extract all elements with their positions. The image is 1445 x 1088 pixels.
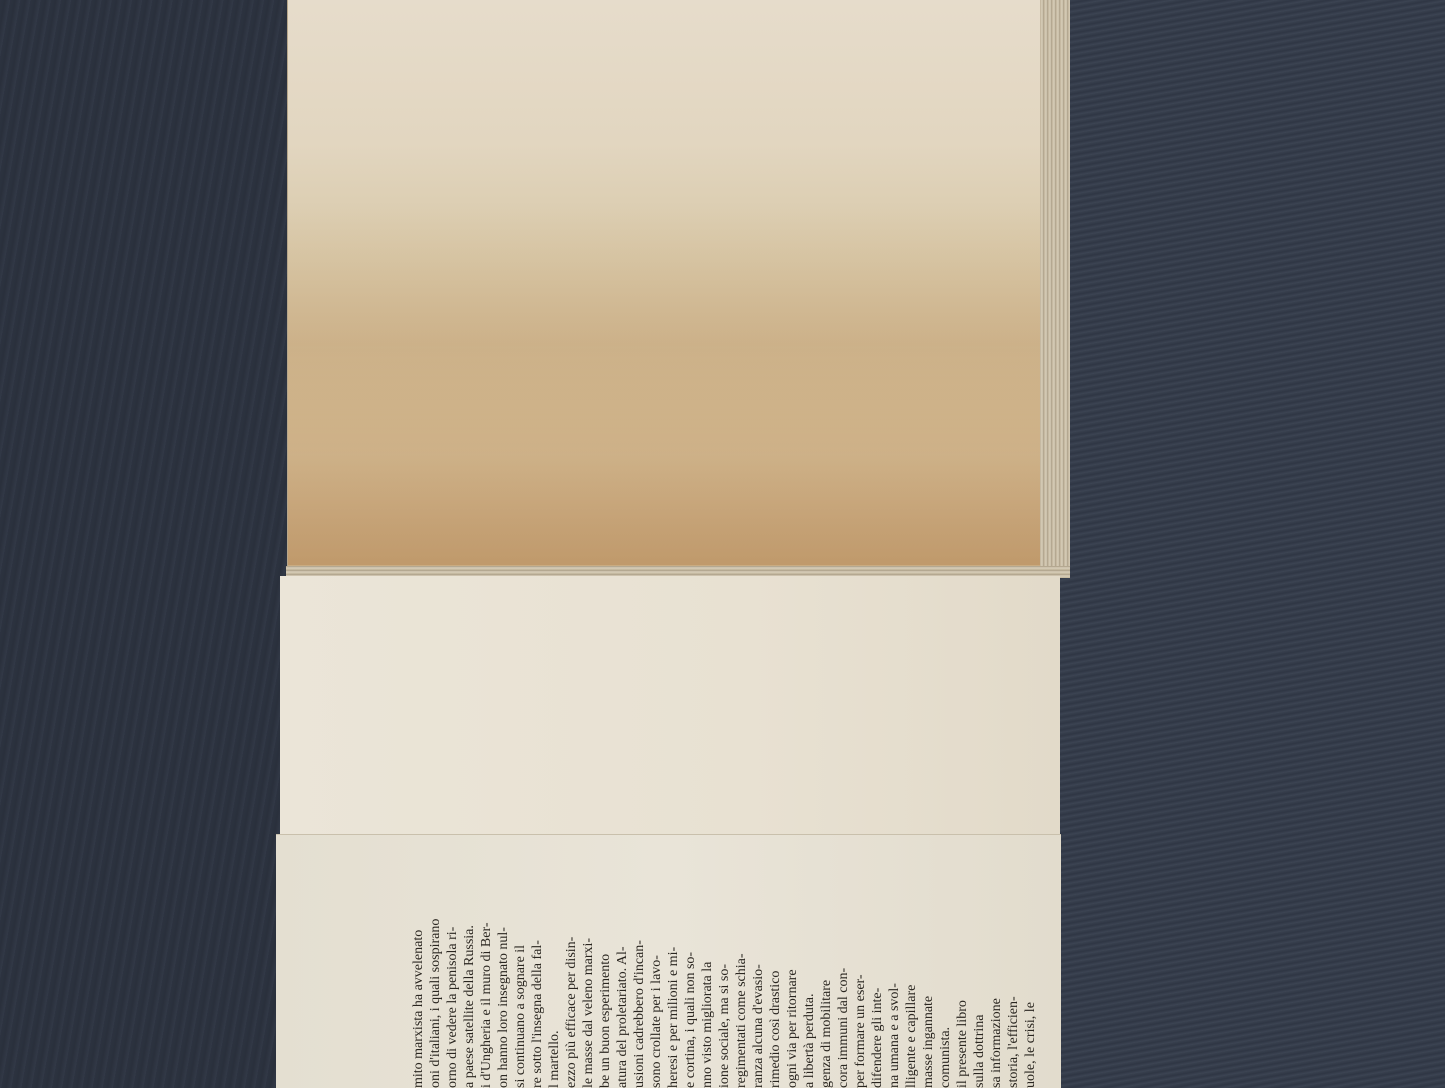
text-line: a paese satellite della Russia. bbox=[461, 868, 478, 1088]
text-line: comunista. bbox=[937, 868, 954, 1088]
text-line: na umana e a svol- bbox=[886, 868, 903, 1088]
text-line: il presente libro bbox=[954, 868, 971, 1088]
text-line: i d'Ungheria e il muro di Ber- bbox=[478, 868, 495, 1088]
text-line: mito marxista ha avvelenato bbox=[410, 868, 427, 1088]
dark-mat bbox=[0, 0, 300, 1088]
text-line: sulla dottrina bbox=[971, 868, 988, 1088]
text-line: ogni via per ritornare bbox=[784, 868, 801, 1088]
text-line: per formare un eser- bbox=[852, 868, 869, 1088]
text-line: sono crollate per i lavo- bbox=[648, 868, 665, 1088]
text-line: oni d'italiani, i quali sospirano bbox=[427, 868, 444, 1088]
text-line: ione sociale, ma si so- bbox=[716, 868, 733, 1088]
text-line: rimedio così drastico bbox=[767, 868, 784, 1088]
text-line: be un buon esperimento bbox=[597, 868, 614, 1088]
text-line: sa informazione bbox=[988, 868, 1005, 1088]
text-line: orno di vedere la penisola ri- bbox=[444, 868, 461, 1088]
text-line: lligente e capillare bbox=[903, 868, 920, 1088]
blank-page bbox=[280, 576, 1060, 838]
text-line: nno visto migliorata la bbox=[699, 868, 716, 1088]
page-stain bbox=[288, 205, 1048, 565]
text-line: genza di mobilitare bbox=[818, 868, 835, 1088]
text-line: a libertà perduta. bbox=[801, 868, 818, 1088]
text-line: heresi e per milioni e mi- bbox=[665, 868, 682, 1088]
text-line: storia, l'efficien- bbox=[1005, 868, 1022, 1088]
text-line: re sotto l'insegna della fal- bbox=[529, 868, 546, 1088]
text-line: masse ingannate bbox=[920, 868, 937, 1088]
photo-scene: mito marxista ha avvelenatooni d'italian… bbox=[0, 0, 1445, 1088]
text-line: ranza alcuna d'evasio- bbox=[750, 868, 767, 1088]
text-line: usioni cadrebbero d'incan- bbox=[631, 868, 648, 1088]
page-edges bbox=[1040, 0, 1070, 578]
text-line: uole, le crisi, le bbox=[1022, 868, 1039, 1088]
text-line: le masse dal veleno marxi- bbox=[580, 868, 597, 1088]
printed-text-column: mito marxista ha avvelenatooni d'italian… bbox=[410, 868, 1039, 1088]
text-line: e cortina, i quali non so- bbox=[682, 868, 699, 1088]
text-line: cora immuni dal con- bbox=[835, 868, 852, 1088]
text-line: difendere gli inte- bbox=[869, 868, 886, 1088]
text-line: atura del proletariato. Al- bbox=[614, 868, 631, 1088]
text-line: l martello. bbox=[546, 868, 563, 1088]
text-line: si continuano a sognare il bbox=[512, 868, 529, 1088]
text-line: regimentati come schia- bbox=[733, 868, 750, 1088]
aged-book-page bbox=[288, 0, 1048, 572]
text-line: on hanno loro insegnato nul- bbox=[495, 868, 512, 1088]
text-line: ezzo più efficace per disin- bbox=[563, 868, 580, 1088]
